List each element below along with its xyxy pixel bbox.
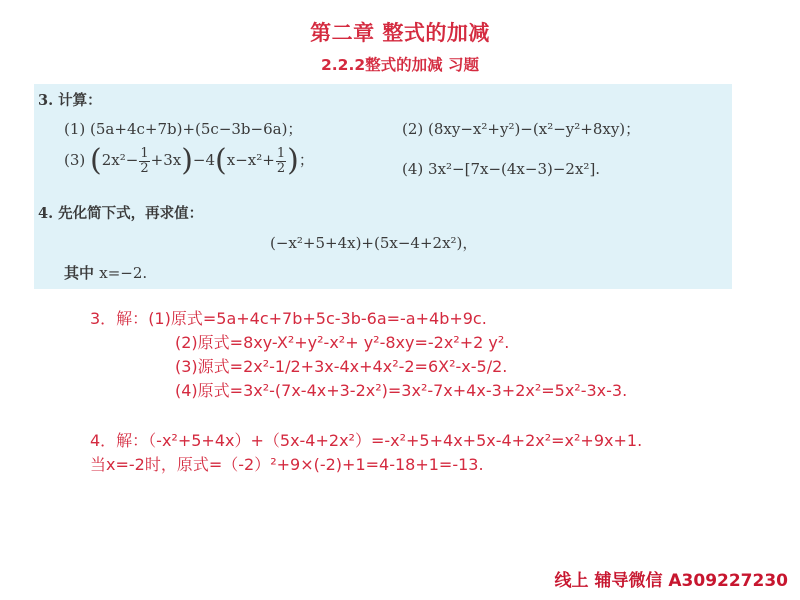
solution-3-line-3: (3)源式=2x²-1/2+3x-4x+4x²-2=6X²-x-5/2. — [175, 354, 507, 377]
solution-3-prefix: 3．解： — [90, 309, 148, 328]
expr-part: −4 — [193, 151, 215, 169]
q3-heading: 3. 计算： — [38, 89, 102, 110]
denominator: 2 — [139, 162, 149, 176]
fraction: 12 — [276, 147, 286, 176]
q4-condition: 其中 x=−2. — [64, 262, 147, 283]
q3-item-2: (2) (8xy−x²+y²)−(x²−y²+8xy)； — [402, 118, 640, 139]
expr-part: x−x²+ — [227, 151, 275, 169]
problem-panel: 3. 计算： (1) (5a+4c+7b)+(5c−3b−6a)； (2) (8… — [34, 84, 732, 289]
solution-3-line-1: 3．解：(1)原式=5a+4c+7b+5c-3b-6a=-a+4b+9c. — [90, 306, 487, 329]
right-paren: ) — [181, 143, 193, 178]
left-paren: ( — [90, 143, 102, 178]
expr-part: 2x²− — [102, 151, 139, 169]
condition-label: 其中 — [64, 264, 99, 282]
condition-value: x=−2. — [99, 264, 147, 282]
contact-footer: 线上 辅导微信 A309227230 — [555, 566, 788, 591]
solution-4-line-1: 4．解：（-x²+5+4x）+（5x-4+2x²）=-x²+5+4x+5x-4+… — [90, 428, 642, 451]
q4-heading: 4. 先化简下式，再求值： — [38, 202, 203, 223]
q3-item-1: (1) (5a+4c+7b)+(5c−3b−6a)； — [64, 118, 302, 139]
q3-item-3: (3) (2x²−12+3x)−4(x−x²+12)； — [64, 146, 314, 176]
item-label: (2) — [402, 120, 423, 138]
expr-part: ； — [299, 151, 314, 169]
left-paren: ( — [215, 143, 227, 178]
item-label: (1) — [64, 120, 85, 138]
item-label: (3) — [64, 151, 85, 169]
numerator: 1 — [139, 147, 149, 162]
chapter-title: 第二章 整式的加减 — [0, 17, 800, 47]
q4-expression: (−x²+5+4x)+(5x−4+2x²)， — [270, 232, 477, 253]
solution-4-line-2: 当x=-2时，原式=（-2）²+9×(-2)+1=4-18+1=-13. — [90, 452, 484, 475]
q3-item-4: (4) 3x²−[7x−(4x−3)−2x²]. — [402, 160, 600, 178]
solution-3-line-4: (4)原式=3x²-(7x-4x+3-2x²)=3x²-7x+4x-3+2x²=… — [175, 378, 627, 401]
right-paren: ) — [287, 143, 299, 178]
solution-3-line-2: (2)原式=8xy-X²+y²-x²+ y²-8xy=-2x²+2 y². — [175, 330, 509, 353]
item-expr: (8xy−x²+y²)−(x²−y²+8xy)； — [428, 120, 640, 138]
item-expr: 3x²−[7x−(4x−3)−2x²]. — [428, 160, 600, 178]
expr-part: +3x — [151, 151, 182, 169]
fraction: 12 — [139, 147, 149, 176]
denominator: 2 — [276, 162, 286, 176]
item-expr: (5a+4c+7b)+(5c−3b−6a)； — [90, 120, 302, 138]
solution-step: (1)原式=5a+4c+7b+5c-3b-6a=-a+4b+9c. — [148, 309, 487, 328]
numerator: 1 — [276, 147, 286, 162]
item-label: (4) — [402, 160, 423, 178]
section-subtitle: 2.2.2整式的加减 习题 — [0, 53, 800, 75]
